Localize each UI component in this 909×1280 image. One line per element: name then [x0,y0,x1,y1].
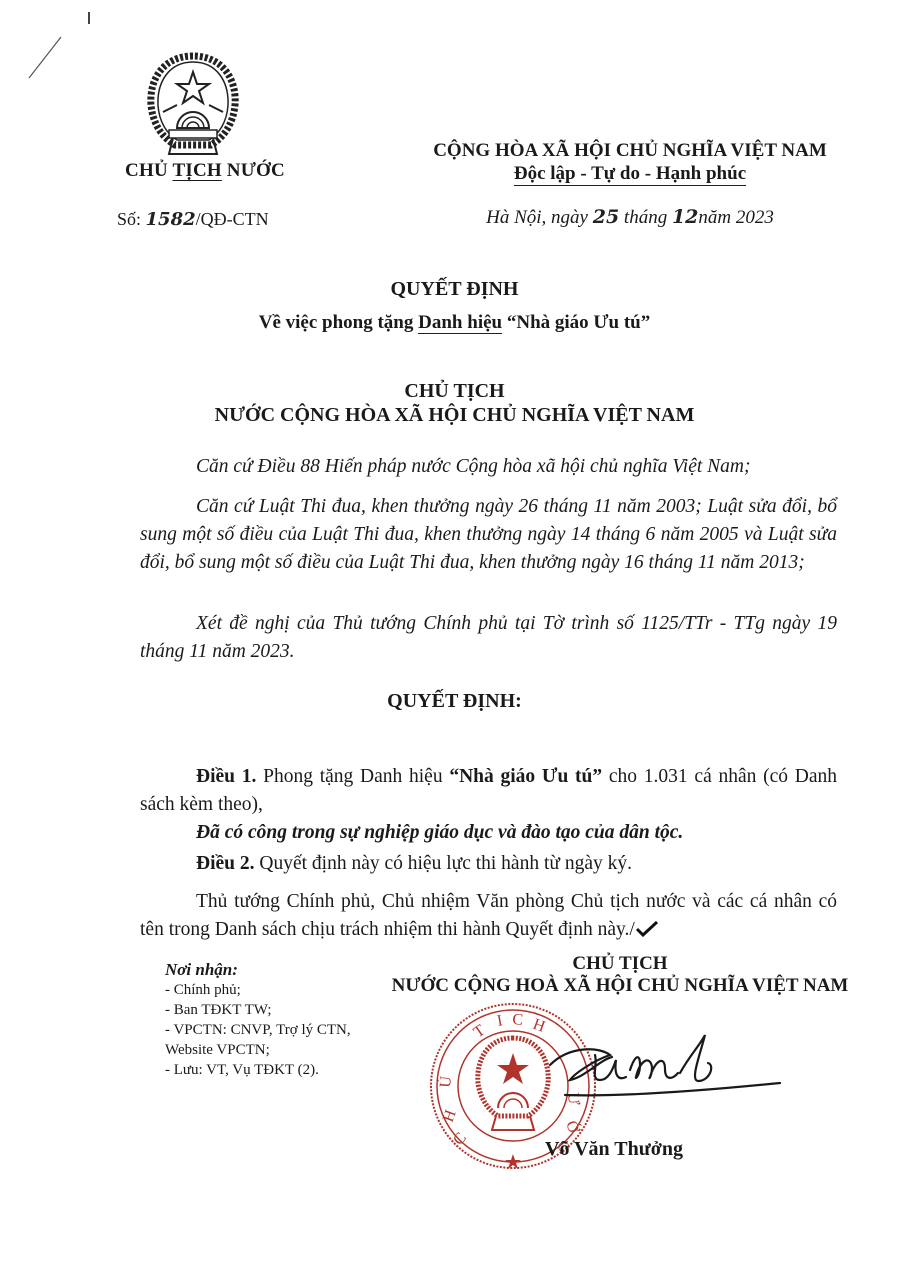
issuer-name: CHỦ TỊCH NƯỚC [100,160,310,182]
recipient-item: Website VPCTN; [165,1040,351,1060]
republic-name: CỘNG HÒA XÃ HỘI CHỦ NGHĨA VIỆT NAM [380,140,880,162]
decides-heading: QUYẾT ĐỊNH: [0,690,909,713]
svg-text:Ủ: Ủ [435,1075,455,1089]
pen-stroke-mark [25,35,65,80]
svg-text:I: I [496,1012,504,1030]
svg-text:H: H [440,1107,460,1124]
legal-basis-proposal: Xét đề nghị của Thủ tướng Chính phủ tại … [140,610,837,666]
authority-title: CHỦ TỊCH [0,380,909,403]
recipient-item: - Ban TĐKT TW; [165,1000,351,1020]
national-emblem-icon [143,50,243,160]
document-title: QUYẾT ĐỊNH [0,278,909,301]
recipient-item: - Lưu: VT, Vụ TĐKT (2). [165,1060,351,1080]
article-2: Điều 2. Quyết định này có hiệu lực thi h… [140,850,837,878]
handwritten-number: 1582 [146,209,196,230]
article-3: Thủ tướng Chính phủ, Chủ nhiệm Văn phòng… [140,888,837,944]
authority-country: NƯỚC CỘNG HÒA XÃ HỘI CHỦ NGHĨA VIỆT NAM [0,404,909,427]
article-1: Điều 1. Phong tặng Danh hiệu “Nhà giáo Ư… [140,763,837,819]
signer-country: NƯỚC CỘNG HOÀ XÃ HỘI CHỦ NGHĨA VIỆT NAM [380,975,860,997]
scan-mark [88,12,90,24]
legal-basis-constitution: Căn cứ Điều 88 Hiến pháp nước Cộng hòa x… [140,453,837,481]
signer-title: CHỦ TỊCH [380,953,860,975]
document-number: Số: 1582/QĐ-CTN [117,209,269,230]
document-subject: Về việc phong tặng Danh hiệu “Nhà giáo Ư… [0,312,909,334]
place-date: Hà Nội, ngày 25 tháng 12năm 2023 [380,206,880,229]
merit-statement: Đã có công trong sự nghiệp giáo dục và đ… [140,819,837,847]
recipients-heading: Nơi nhận: [165,960,351,980]
recipients-list: Nơi nhận: - Chính phủ; - Ban TĐKT TW; - … [165,960,351,1080]
recipient-item: - Chính phủ; [165,980,351,1000]
legal-basis-law: Căn cứ Luật Thi đua, khen thưởng ngày 26… [140,493,837,577]
recipient-item: - VPCTN: CNVP, Trợ lý CTN, [165,1020,351,1040]
handwritten-signature [540,1025,790,1115]
handwritten-month: 12 [672,206,698,228]
signer-name: Võ Văn Thưởng [545,1138,745,1161]
national-motto: Độc lập - Tự do - Hạnh phúc [380,163,880,185]
handwritten-day: 25 [593,206,619,228]
svg-text:C: C [512,1011,524,1029]
check-mark-icon [635,921,659,937]
